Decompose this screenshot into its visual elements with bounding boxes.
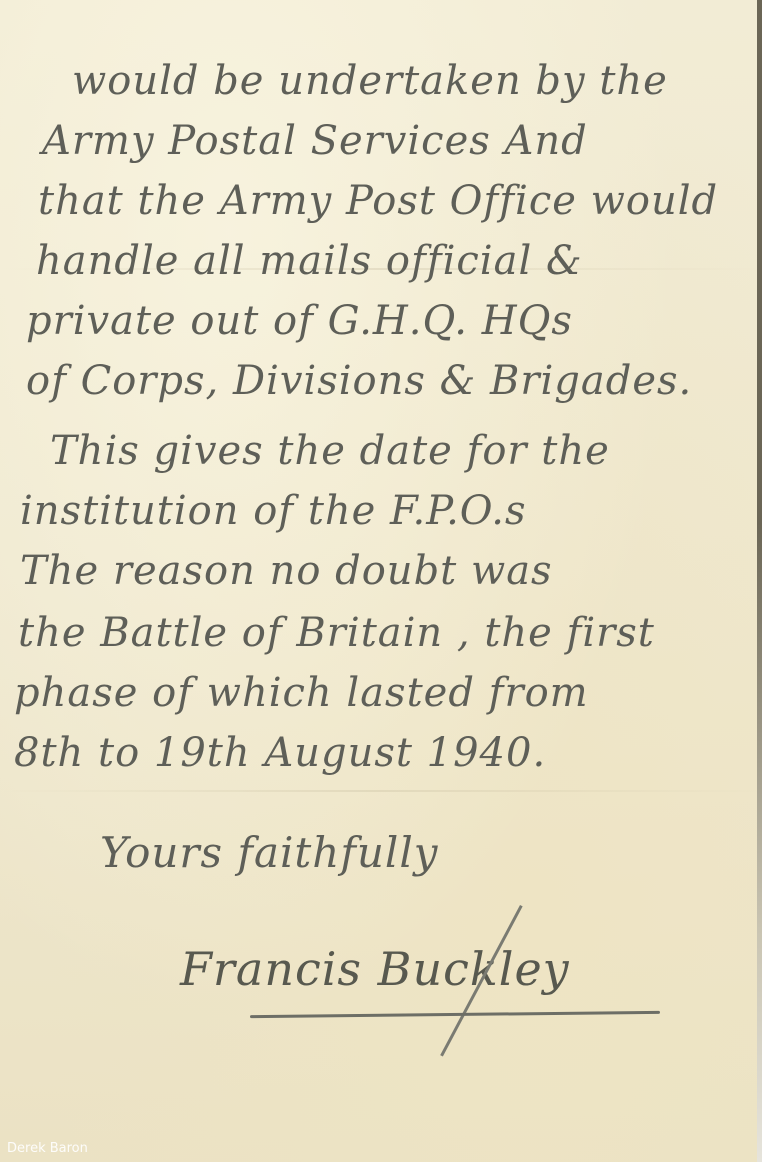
letter-line-10: the Battle of Britain , the first xyxy=(18,610,655,656)
letter-line-6: of Corps, Divisions & Brigades. xyxy=(26,358,692,404)
letter-line-11: phase of which lasted from xyxy=(14,670,589,716)
underlined-phrase: the date xyxy=(338,428,513,474)
watermark-credit: Derek Baron xyxy=(7,1141,88,1156)
closing-salutation: Yours faithfully xyxy=(100,828,439,877)
letter-line-7-text: This gives the date for the xyxy=(50,428,610,474)
letter-line-4: handle all mails official & xyxy=(36,238,583,284)
letter-line-9: The reason no doubt was xyxy=(20,548,553,594)
letter-line-1: would be undertaken by the xyxy=(72,58,668,104)
page-edge-shadow xyxy=(757,0,762,1162)
letter-line-12: 8th to 19th August 1940. xyxy=(14,730,546,776)
letter-line-3: that the Army Post Office would xyxy=(38,178,718,224)
letter-line-2: Army Postal Services And xyxy=(42,118,588,164)
signature: Francis Buckley xyxy=(180,942,570,996)
letter-line-8: institution of the F.P.O.s xyxy=(20,488,527,534)
signature-underline xyxy=(250,1011,660,1018)
letter-line-5: private out of G.H.Q. HQs xyxy=(26,298,573,344)
paper-fold-line xyxy=(0,790,762,792)
letter-line-7: This gives the date for the xyxy=(50,428,610,474)
letter-page: would be undertaken by the Army Postal S… xyxy=(0,0,762,1162)
